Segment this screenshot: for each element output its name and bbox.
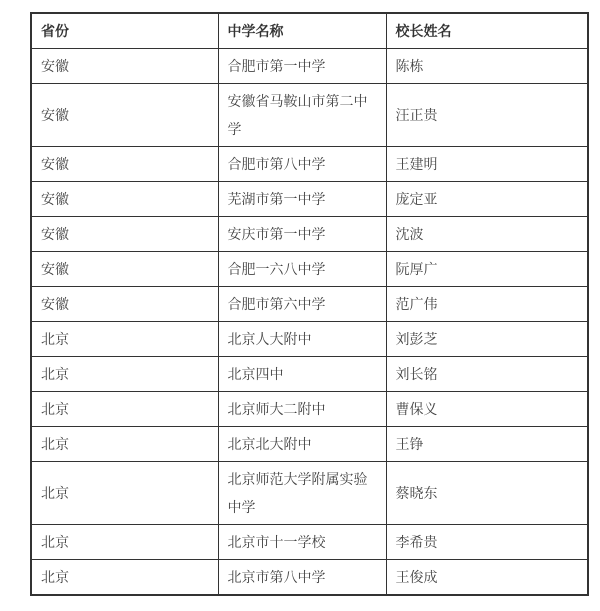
table-row: 北京北京四中刘长铭 [31, 357, 588, 392]
cell-province: 北京 [31, 392, 218, 427]
table-row: 安徽芜湖市第一中学庞定亚 [31, 182, 588, 217]
cell-principal-name: 陈栋 [386, 49, 588, 84]
cell-principal-name: 刘长铭 [386, 357, 588, 392]
cell-school-name: 北京师范大学附属实验中学 [218, 462, 386, 525]
cell-principal-name: 庞定亚 [386, 182, 588, 217]
cell-principal-name: 刘彭芝 [386, 322, 588, 357]
cell-school-name: 北京北大附中 [218, 427, 386, 462]
table-row: 安徽合肥市第六中学范广伟 [31, 287, 588, 322]
cell-principal-name: 曹保义 [386, 392, 588, 427]
cell-province: 北京 [31, 560, 218, 596]
table-row: 安徽安庆市第一中学沈波 [31, 217, 588, 252]
cell-school-name: 合肥市第一中学 [218, 49, 386, 84]
cell-principal-name: 蔡晓东 [386, 462, 588, 525]
table-row: 安徽安徽省马鞍山市第二中学汪正贵 [31, 84, 588, 147]
school-principal-table: 省份 中学名称 校长姓名 安徽合肥市第一中学陈栋安徽安徽省马鞍山市第二中学汪正贵… [30, 12, 589, 596]
cell-principal-name: 李希贵 [386, 525, 588, 560]
cell-province: 安徽 [31, 49, 218, 84]
cell-province: 北京 [31, 357, 218, 392]
table-row: 北京北京市十一学校李希贵 [31, 525, 588, 560]
cell-principal-name: 阮厚广 [386, 252, 588, 287]
cell-school-name: 北京市十一学校 [218, 525, 386, 560]
table-row: 北京北京人大附中刘彭芝 [31, 322, 588, 357]
cell-province: 北京 [31, 322, 218, 357]
table-body: 安徽合肥市第一中学陈栋安徽安徽省马鞍山市第二中学汪正贵安徽合肥市第八中学王建明安… [31, 49, 588, 596]
table-row: 北京北京市第八中学王俊成 [31, 560, 588, 596]
cell-principal-name: 沈波 [386, 217, 588, 252]
cell-province: 安徽 [31, 84, 218, 147]
table-row: 安徽合肥一六八中学阮厚广 [31, 252, 588, 287]
cell-province: 北京 [31, 427, 218, 462]
cell-school-name: 芜湖市第一中学 [218, 182, 386, 217]
table-row: 北京北京北大附中王铮 [31, 427, 588, 462]
table-row: 北京北京师范大学附属实验中学蔡晓东 [31, 462, 588, 525]
cell-province: 安徽 [31, 252, 218, 287]
header-school-name: 中学名称 [218, 13, 386, 49]
cell-principal-name: 汪正贵 [386, 84, 588, 147]
cell-province: 安徽 [31, 287, 218, 322]
cell-school-name: 安徽省马鞍山市第二中学 [218, 84, 386, 147]
cell-principal-name: 范广伟 [386, 287, 588, 322]
table-row: 安徽合肥市第八中学王建明 [31, 147, 588, 182]
header-principal-name: 校长姓名 [386, 13, 588, 49]
header-row: 省份 中学名称 校长姓名 [31, 13, 588, 49]
table-row: 安徽合肥市第一中学陈栋 [31, 49, 588, 84]
cell-province: 安徽 [31, 147, 218, 182]
cell-school-name: 合肥市第六中学 [218, 287, 386, 322]
cell-school-name: 北京四中 [218, 357, 386, 392]
cell-school-name: 北京市第八中学 [218, 560, 386, 596]
cell-school-name: 合肥市第八中学 [218, 147, 386, 182]
cell-province: 安徽 [31, 182, 218, 217]
cell-principal-name: 王俊成 [386, 560, 588, 596]
cell-province: 安徽 [31, 217, 218, 252]
table-header: 省份 中学名称 校长姓名 [31, 13, 588, 49]
cell-school-name: 北京人大附中 [218, 322, 386, 357]
table-row: 北京北京师大二附中曹保义 [31, 392, 588, 427]
cell-school-name: 北京师大二附中 [218, 392, 386, 427]
cell-province: 北京 [31, 525, 218, 560]
cell-principal-name: 王建明 [386, 147, 588, 182]
page: 省份 中学名称 校长姓名 安徽合肥市第一中学陈栋安徽安徽省马鞍山市第二中学汪正贵… [0, 0, 600, 611]
header-province: 省份 [31, 13, 218, 49]
cell-school-name: 合肥一六八中学 [218, 252, 386, 287]
cell-principal-name: 王铮 [386, 427, 588, 462]
cell-province: 北京 [31, 462, 218, 525]
cell-school-name: 安庆市第一中学 [218, 217, 386, 252]
